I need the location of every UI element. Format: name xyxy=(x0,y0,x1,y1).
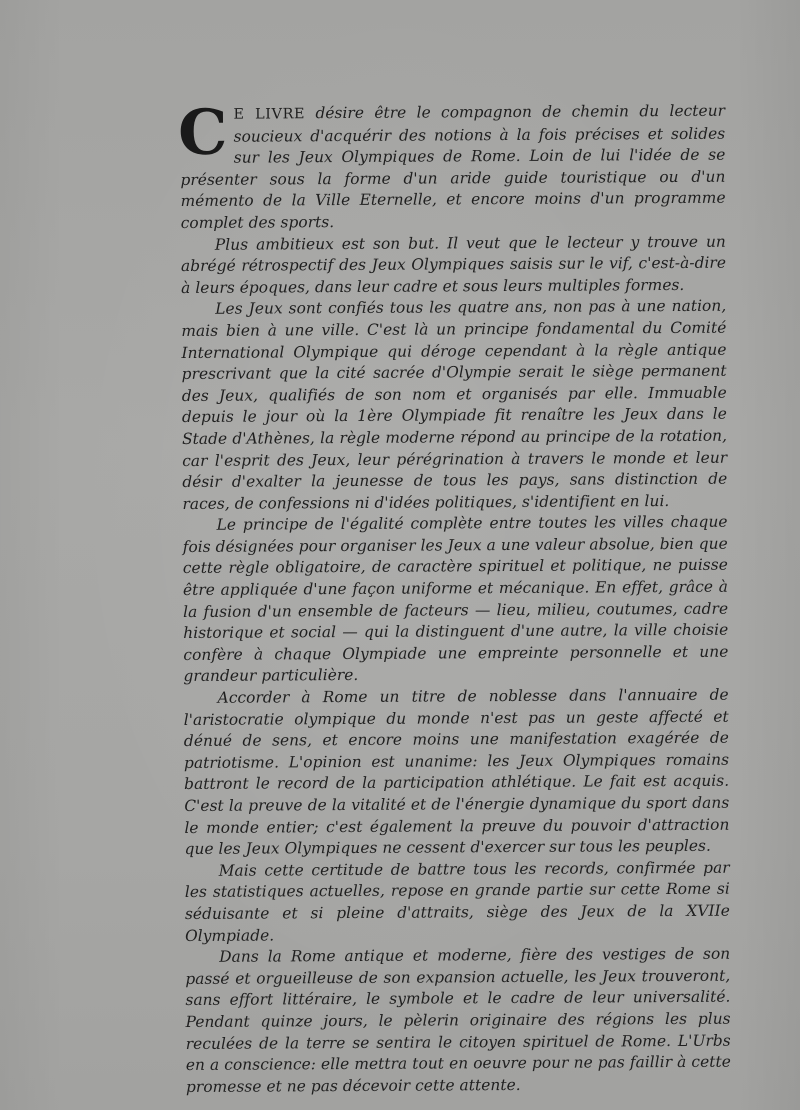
paragraph-2: Plus ambitieux est son but. Il veut que … xyxy=(181,231,726,299)
paragraph-6: Mais cette certitude de battre tous les … xyxy=(185,857,731,947)
paragraph-4: Le principe de l'égalité complète entre … xyxy=(183,512,729,688)
lead-caps: E LIVRE xyxy=(233,106,305,122)
paragraph-3: Les Jeux sont confiés tous les quatre an… xyxy=(181,296,727,515)
drop-cap: C xyxy=(178,106,228,162)
page-text: CE LIVRE désire être le compagnon de che… xyxy=(180,101,731,1099)
paragraph-7: Dans la Rome antique et moderne, fière d… xyxy=(185,944,731,1098)
paragraph-1: CE LIVRE désire être le compagnon de che… xyxy=(180,101,726,235)
paragraph-5: Accorder à Rome un titre de noblesse dan… xyxy=(184,685,730,861)
book-page: CE LIVRE désire être le compagnon de che… xyxy=(0,0,800,1110)
